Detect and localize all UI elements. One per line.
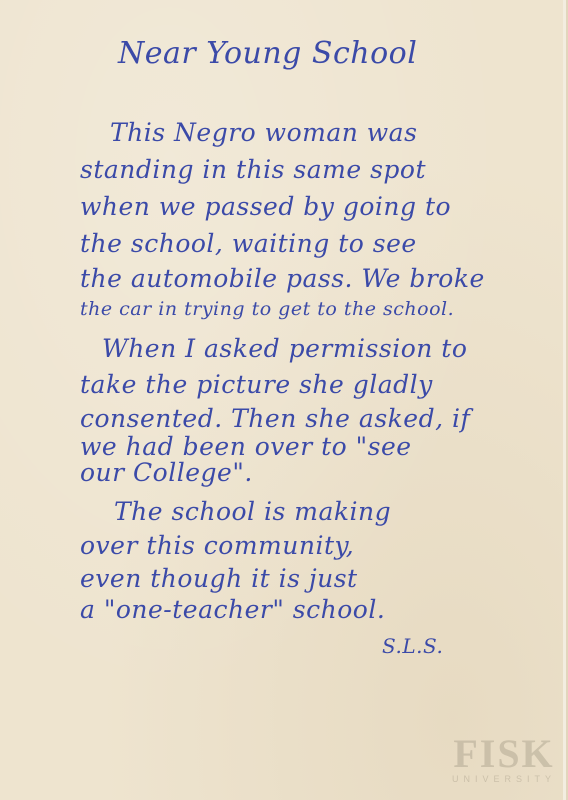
handwritten-page: Near Young School This Negro woman was s… xyxy=(0,0,568,800)
watermark-subtitle: UNIVERSITY xyxy=(452,774,556,784)
text-line: The school is making xyxy=(114,497,391,526)
text-line: When I asked permission to xyxy=(102,334,467,363)
text-line: consented. Then she asked, if xyxy=(80,404,470,433)
text-line: the car in trying to get to the school. xyxy=(80,298,454,320)
text-line: we had been over to "see xyxy=(80,432,412,461)
text-line: standing in this same spot xyxy=(80,155,426,184)
text-line: This Negro woman was xyxy=(110,118,417,147)
paper-edge xyxy=(563,0,566,800)
text-line: a "one-teacher" school. xyxy=(80,595,385,624)
text-line: even though it is just xyxy=(80,564,358,593)
text-line: when we passed by going to xyxy=(80,192,451,221)
document-title: Near Young School xyxy=(118,36,417,71)
text-line: take the picture she gladly xyxy=(80,370,433,399)
text-line: over this community, xyxy=(80,531,354,560)
text-line: our College". xyxy=(80,458,253,487)
fisk-watermark: FISK UNIVERSITY xyxy=(452,734,556,784)
watermark-logo-text: FISK xyxy=(452,734,556,774)
text-line: the automobile pass. We broke xyxy=(80,264,485,293)
text-line: the school, waiting to see xyxy=(80,229,417,258)
signature: S.L.S. xyxy=(382,634,443,658)
